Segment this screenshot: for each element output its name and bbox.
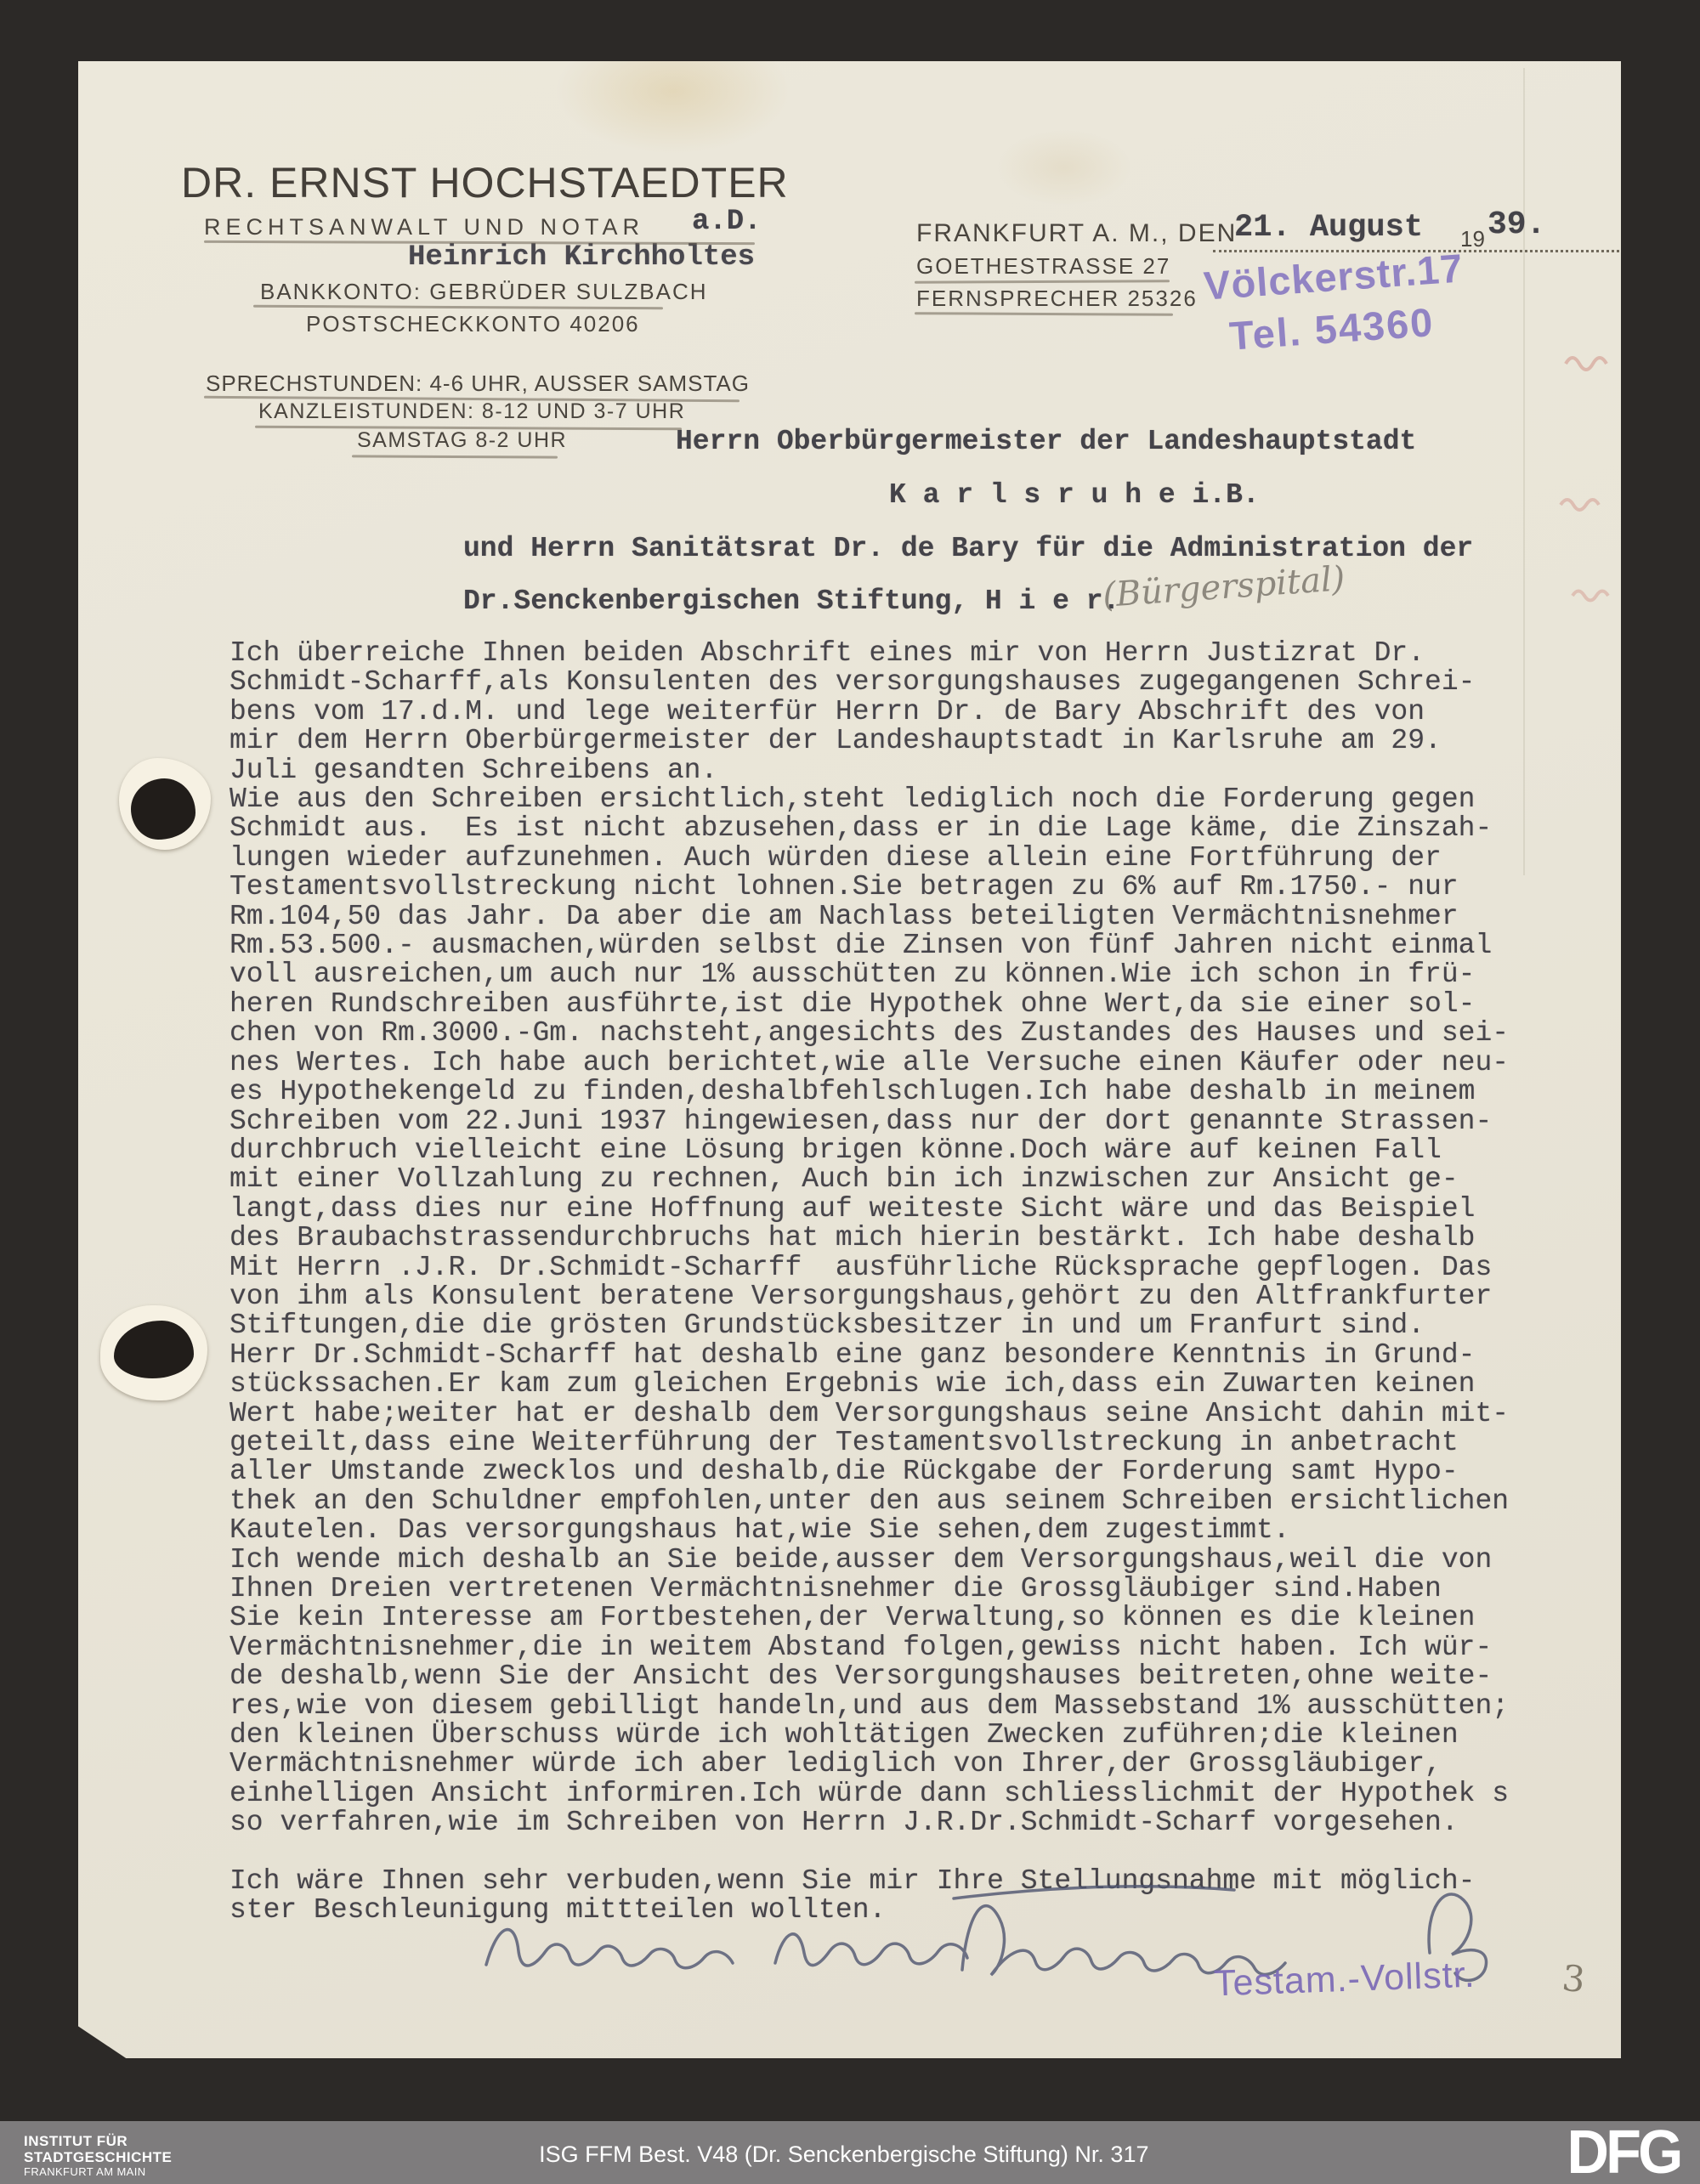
typewriter-line: thek an den Schuldner empfohlen,unter de…	[229, 1487, 1509, 1516]
dfg-logo: DFG	[1567, 2123, 1680, 2182]
paper-stain	[996, 129, 1132, 206]
letterhead-postal: POSTSCHECKKONTO 40206	[306, 313, 640, 335]
typewriter-line: Rm.53.500.- ausmachen,würden selbst die …	[229, 931, 1509, 960]
typewriter-line: Ich überreiche Ihnen beiden Abschrift ei…	[229, 639, 1509, 668]
typewriter-line: res,wie von diesem gebilligt handeln,und…	[229, 1692, 1509, 1721]
recipient-line2: K a r l s r u h e i.B.	[889, 481, 1260, 509]
typewriter-line: Vermächtnisnehmer,die in weitem Abstand …	[229, 1633, 1509, 1662]
typewriter-line: Testamentsvollstreckung nicht lohnen.Sie…	[229, 873, 1509, 902]
dateline-street: GOETHESTRASSE 27	[916, 255, 1170, 277]
letterhead-hours3: SAMSTAG 8-2 UHR	[357, 430, 567, 451]
red-pencil-mark	[1571, 585, 1613, 603]
dateline-phone: FERNSPRECHER 25326	[916, 287, 1198, 309]
typewriter-line: Ich wende mich deshalb an Sie beide,auss…	[229, 1546, 1509, 1575]
typewriter-line: Wert habe;weiter hat er deshalb dem Vers…	[229, 1400, 1509, 1429]
letterhead-hours1: SPRECHSTUNDEN: 4-6 UHR, AUSSER SAMSTAG	[206, 372, 750, 394]
typewriter-line: durchbruch vielleicht eine Lösung brigen…	[229, 1136, 1509, 1165]
typewriter-line: es Hypothekengeld zu finden,deshalbfehls…	[229, 1078, 1509, 1106]
dateline-city: FRANKFURT A. M., DEN	[916, 221, 1237, 246]
typewriter-line: des Braubachstrassendurchbruchs hat mich…	[229, 1224, 1509, 1253]
typed-name: Heinrich Kirchholtes	[408, 243, 755, 272]
handwritten-note: (Bürgerspital)	[1102, 559, 1346, 615]
typed-date: 21. August	[1234, 212, 1423, 244]
address-stamp-line1: Völckerstr.17	[1203, 247, 1465, 305]
letterhead-bank: BANKKONTO: GEBRÜDER SULZBACH	[260, 280, 708, 303]
typewriter-line: Vermächtnisnehmer würde ich aber ledigli…	[229, 1750, 1509, 1779]
fold-crease	[1523, 68, 1525, 875]
typewriter-line: voll ausreichen,um auch nur 1% ausschütt…	[229, 960, 1509, 989]
letterhead-hours2: KANZLEISTUNDEN: 8-12 UND 3-7 UHR	[258, 401, 685, 422]
typewriter-line: Sie kein Interesse am Fortbestehen,der V…	[229, 1604, 1509, 1632]
letterhead-name: DR. ERNST HOCHSTAEDTER	[181, 161, 789, 204]
recipient-line3: und Herrn Sanitätsrat Dr. de Bary für di…	[463, 535, 1473, 563]
typed-title-suffix: a.D.	[692, 207, 762, 236]
red-pencil-mark	[1564, 350, 1617, 372]
typewriter-line: Rm.104,50 das Jahr. Da aber die am Nachl…	[229, 902, 1509, 931]
pencil-strike	[253, 305, 663, 310]
pencil-strike	[915, 280, 1170, 284]
typewriter-line: lungen wieder aufzunehmen. Auch würden d…	[229, 844, 1509, 873]
typewriter-line: Ihnen Dreien vertretenen Vermächtnisnehm…	[229, 1575, 1509, 1604]
typewriter-line: Kautelen. Das versorgungshaus hat,wie Si…	[229, 1516, 1509, 1545]
institute-line3: FRANKFURT AM MAIN	[24, 2165, 172, 2179]
typewriter-line: stückssachen.Er kam zum gleichen Ergebni…	[229, 1370, 1509, 1399]
typewriter-line: langt,dass dies nur eine Hoffnung auf we…	[229, 1195, 1509, 1224]
typewriter-line: geteilt,dass eine Weiterführung der Test…	[229, 1429, 1509, 1457]
typewriter-line: Schmidt aus. Es ist nicht abzusehen,dass…	[229, 814, 1509, 843]
typewriter-line: mir dem Herrn Oberbürgermeister der Land…	[229, 727, 1509, 755]
typewriter-line: mit einer Vollzahlung zu rechnen, Auch b…	[229, 1165, 1509, 1194]
institute-logo: INSTITUT FÜR STADTGESCHICHTE FRANKFURT A…	[24, 2133, 172, 2179]
institute-line1: INSTITUT FÜR	[24, 2133, 172, 2149]
institute-line2: STADTGESCHICHTE	[24, 2149, 172, 2165]
typewriter-line: de deshalb,wenn Sie der Ansicht des Vers…	[229, 1662, 1509, 1691]
page-number: 3	[1561, 1957, 1588, 2001]
typewriter-line: chen von Rm.3000.-Gm. nachsteht,angesich…	[229, 1019, 1509, 1048]
address-change-stamp: Völckerstr.17 Tel. 54360	[1203, 247, 1468, 357]
typewriter-line: Schreiben vom 22.Juni 1937 hingewiesen,d…	[229, 1107, 1509, 1136]
typewriter-line: Juli gesandten Schreibens an.	[229, 756, 1509, 785]
typed-year: 39.	[1487, 209, 1545, 241]
pencil-strike	[915, 312, 1173, 316]
typewriter-line: so verfahren,wie im Schreiben von Herrn …	[229, 1808, 1509, 1837]
typewriter-line: aller Umstande zwecklos und deshalb,die …	[229, 1457, 1509, 1486]
red-pencil-mark	[1559, 493, 1608, 513]
letterhead-title: RECHTSANWALT UND NOTAR	[204, 216, 644, 239]
letter-paper: DR. ERNST HOCHSTAEDTER RECHTSANWALT UND …	[78, 61, 1621, 2058]
punch-hole	[131, 778, 195, 840]
recipient-line4: Dr.Senckenbergischen Stiftung, H i e r.	[463, 587, 1119, 615]
archive-footer-bar: INSTITUT FÜR STADTGESCHICHTE FRANKFURT A…	[0, 2121, 1700, 2184]
typewriter-line: Wie aus den Schreiben ersichtlich,steht …	[229, 785, 1509, 814]
pencil-strike	[352, 455, 558, 458]
typewriter-line: nes Wertes. Ich habe auch berichtet,wie …	[229, 1049, 1509, 1078]
typewriter-line: Mit Herrn .J.R. Dr.Schmidt-Scharff ausfü…	[229, 1253, 1509, 1282]
printed-year-prefix: 19	[1460, 228, 1485, 250]
testam-vollstr-stamp: Testam.-Vollstr.	[1213, 1957, 1476, 2003]
typewriter-line: Stiftungen,die die grösten Grundstücksbe…	[229, 1311, 1509, 1340]
typewriter-line: Schmidt-Scharff,als Konsulenten des vers…	[229, 668, 1509, 697]
recipient-line1: Herrn Oberbürgermeister der Landeshaupts…	[676, 427, 1416, 455]
typewriter-line: Herr Dr.Schmidt-Scharff hat deshalb eine…	[229, 1341, 1509, 1370]
address-stamp-line2: Tel. 54360	[1228, 299, 1468, 355]
typewriter-line: heren Rundschreiben ausführte,ist die Hy…	[229, 990, 1509, 1019]
typewriter-line: von ihm als Konsulent beratene Versorgun…	[229, 1282, 1509, 1311]
letter-body: Ich überreiche Ihnen beiden Abschrift ei…	[229, 639, 1509, 1838]
typewriter-line: den kleinen Überschuss würde ich wohltät…	[229, 1721, 1509, 1750]
archive-reference: ISG FFM Best. V48 (Dr. Senckenbergische …	[539, 2142, 1148, 2168]
typewriter-line: bens vom 17.d.M. und lege weiterfür Herr…	[229, 698, 1509, 727]
paper-stain	[554, 27, 792, 155]
typewriter-line: einhelligen Ansicht informiren.Ich würde…	[229, 1779, 1509, 1808]
